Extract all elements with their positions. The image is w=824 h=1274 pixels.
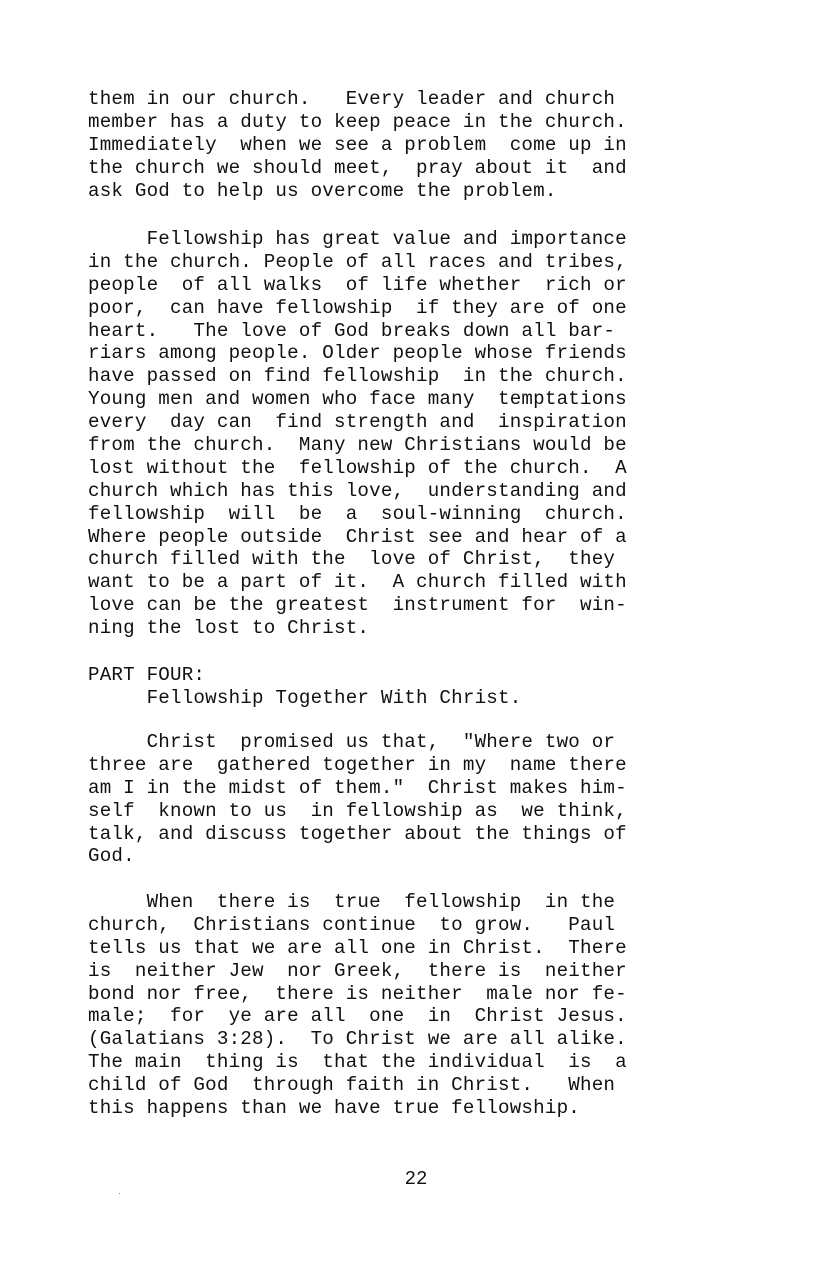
section-heading-part-four: PART FOUR: Fellowship Together With Chri… (88, 664, 728, 710)
scan-speck (119, 1193, 120, 1194)
text-line: Christ promised us that, "Where two or (88, 731, 728, 754)
text-line: ask God to help us overcome the problem. (88, 180, 728, 203)
text-line: Fellowship has great value and importanc… (88, 228, 728, 251)
text-line: Where people outside Christ see and hear… (88, 526, 728, 549)
text-line: When there is true fellowship in the (88, 891, 728, 914)
text-line: male; for ye are all one in Christ Jesus… (88, 1005, 728, 1028)
text-line: Immediately when we see a problem come u… (88, 134, 728, 157)
paragraph-fellowship-value: Fellowship has great value and importanc… (88, 228, 728, 640)
text-line: child of God through faith in Christ. Wh… (88, 1074, 728, 1097)
text-line: fellowship will be a soul-winning church… (88, 503, 728, 526)
page-number: 22 (0, 1168, 824, 1190)
text-line: ning the lost to Christ. (88, 617, 728, 640)
paragraph-true-fellowship: When there is true fellowship in thechur… (88, 891, 728, 1120)
text-line: God. (88, 845, 728, 868)
text-line: heart. The love of God breaks down all b… (88, 320, 728, 343)
text-line: people of all walks of life whether rich… (88, 274, 728, 297)
text-line: self known to us in fellowship as we thi… (88, 800, 728, 823)
text-line: The main thing is that the individual is… (88, 1051, 728, 1074)
text-line: poor, can have fellowship if they are of… (88, 297, 728, 320)
text-line: church filled with the love of Christ, t… (88, 548, 728, 571)
text-line: three are gathered together in my name t… (88, 754, 728, 777)
text-line: lost without the fellowship of the churc… (88, 457, 728, 480)
text-line: have passed on find fellowship in the ch… (88, 365, 728, 388)
text-line: talk, and discuss together about the thi… (88, 823, 728, 846)
text-line: from the church. Many new Christians wou… (88, 434, 728, 457)
text-line: the church we should meet, pray about it… (88, 157, 728, 180)
text-line: church which has this love, understandin… (88, 480, 728, 503)
text-line: member has a duty to keep peace in the c… (88, 111, 728, 134)
text-line: them in our church. Every leader and chu… (88, 88, 728, 111)
paragraph-keep-peace: them in our church. Every leader and chu… (88, 88, 728, 202)
text-line: PART FOUR: (88, 664, 728, 687)
text-line: Young men and women who face many tempta… (88, 388, 728, 411)
text-line: this happens than we have true fellowshi… (88, 1097, 728, 1120)
text-line: every day can find strength and inspirat… (88, 411, 728, 434)
text-line: riars among people. Older people whose f… (88, 342, 728, 365)
document-page: them in our church. Every leader and chu… (0, 0, 824, 1274)
text-line: Fellowship Together With Christ. (88, 687, 728, 710)
text-line: want to be a part of it. A church filled… (88, 571, 728, 594)
paragraph-christ-promised: Christ promised us that, "Where two orth… (88, 731, 728, 868)
text-line: bond nor free, there is neither male nor… (88, 983, 728, 1006)
text-line: tells us that we are all one in Christ. … (88, 937, 728, 960)
text-line: am I in the midst of them." Christ makes… (88, 777, 728, 800)
text-line: in the church. People of all races and t… (88, 251, 728, 274)
text-line: is neither Jew nor Greek, there is neith… (88, 960, 728, 983)
text-line: (Galatians 3:28). To Christ we are all a… (88, 1028, 728, 1051)
text-line: church, Christians continue to grow. Pau… (88, 914, 728, 937)
text-line: love can be the greatest instrument for … (88, 594, 728, 617)
